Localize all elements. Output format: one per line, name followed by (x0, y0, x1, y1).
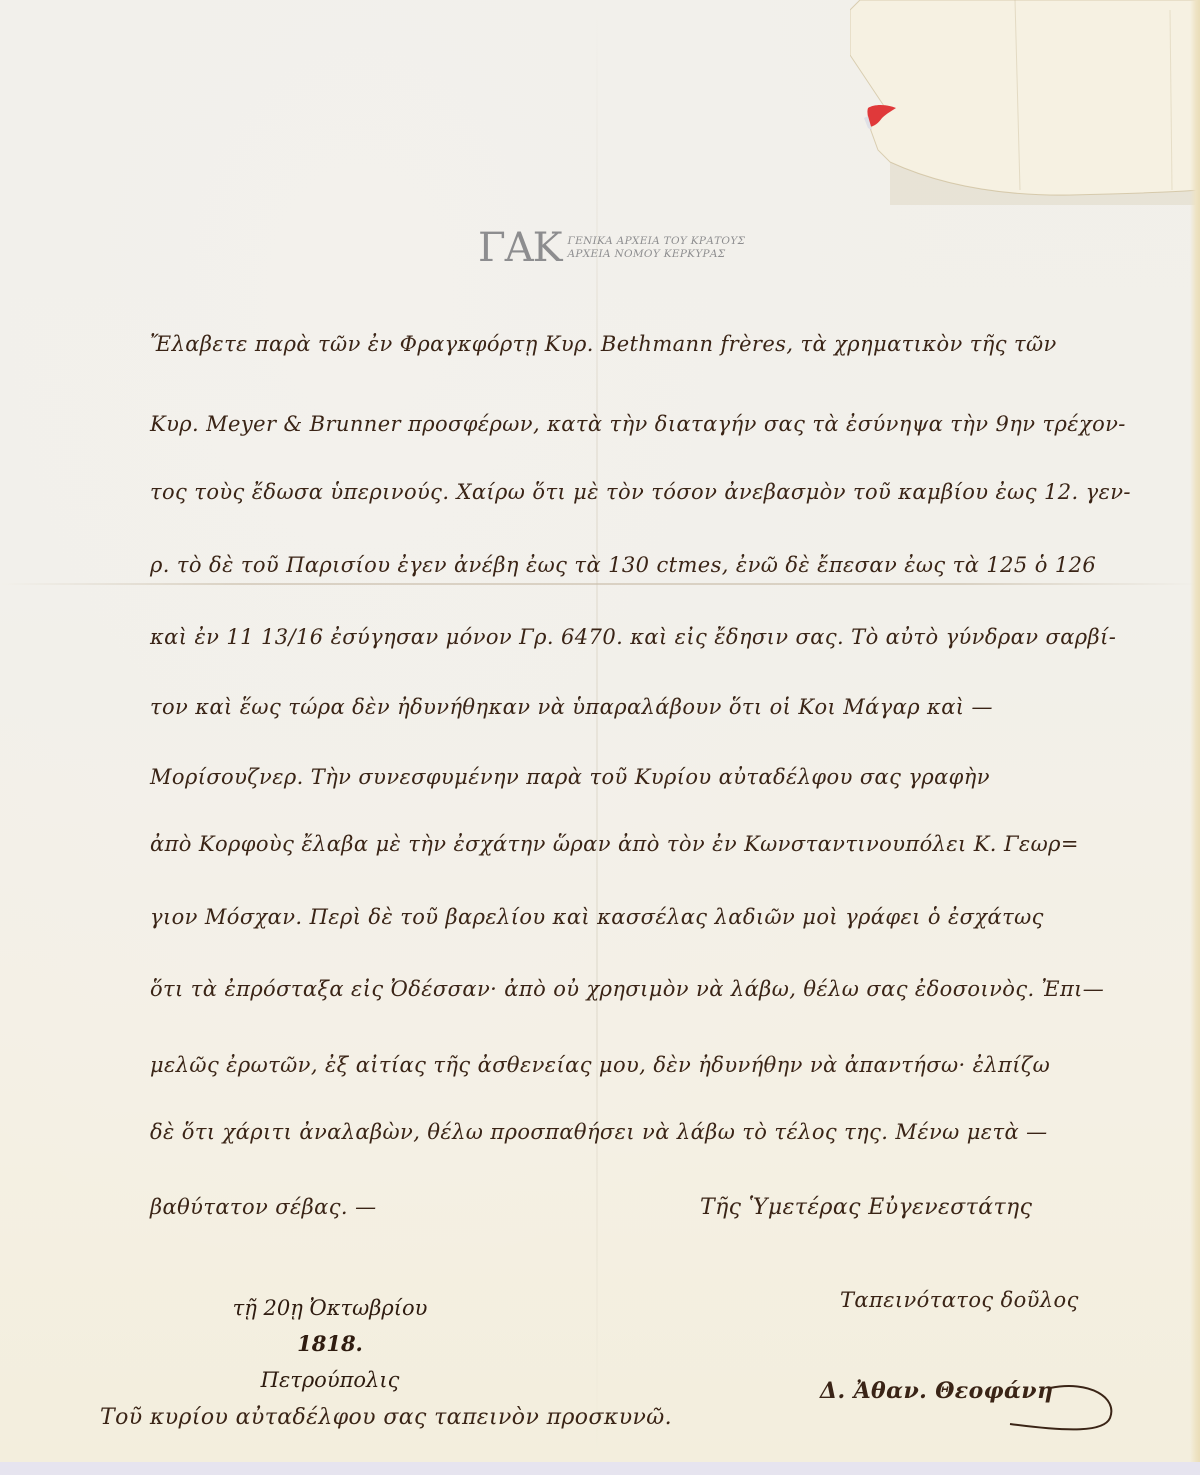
body-line: γιον Μόσχαν. Περὶ δὲ τοῦ βαρελίου καὶ κα… (150, 905, 1044, 929)
scan-bottom-strip (0, 1462, 1200, 1475)
closing-line-2: Ταπεινότατος δοῦλος (840, 1288, 1079, 1312)
paper-right-edge (1190, 0, 1200, 1462)
body-line: Κυρ. Meyer & Brunner προσφέρων, κατὰ τὴν… (150, 412, 1126, 436)
vertical-fold-crease (596, 0, 598, 1462)
body-line: ἀπὸ Κορφοὺς ἔλαβα μὲ τὴν ἐσχάτην ὥραν ἀπ… (150, 832, 1079, 856)
watermark-line-1: ΓΕΝΙΚΑ ΑΡΧΕΙΑ ΤΟΥ ΚΡΑΤΟΥΣ (568, 235, 746, 248)
body-line: Ἔλαβετε παρὰ τῶν ἐν Φραγκφόρτῃ Κυρ. Beth… (150, 332, 1057, 356)
signature-flourish (990, 1380, 1125, 1440)
red-wax-seal-remnant (862, 102, 900, 132)
body-line: ρ. τὸ δὲ τοῦ Παρισίου ἐγεν ἀνέβη ἐως τὰ … (150, 553, 1096, 577)
watermark-line-2: ΑΡΧΕΙΑ ΝΟΜΟΥ ΚΕΡΚΥΡΑΣ (568, 248, 746, 261)
letter-page: ΓΑΚ ΓΕΝΙΚΑ ΑΡΧΕΙΑ ΤΟΥ ΚΡΑΤΟΥΣ ΑΡΧΕΙΑ ΝΟΜ… (0, 0, 1200, 1462)
torn-paper-flap (850, 0, 1200, 205)
horizontal-fold-crease (0, 583, 1200, 585)
archive-logo: ΓΑΚ (478, 228, 562, 268)
body-line: βαθύτατον σέβας. — (150, 1195, 376, 1219)
date-year: 1818. (200, 1326, 460, 1362)
body-line: ὅτι τὰ ἐπρόσταξα εἰς Ὀδέσσαν· ἀπὸ οὐ χρη… (150, 977, 1104, 1001)
closing-line-1: Τῆς Ὑμετέρας Εὐγενεστάτης (700, 1195, 1032, 1220)
body-line: τον καὶ ἕως τώρα δὲν ἠδυνήθηκαν νὰ ὑπαρα… (150, 695, 993, 719)
date-day-month: τῇ 20ῃ Ὀκτωβρίου (200, 1290, 460, 1326)
date-block: τῇ 20ῃ Ὀκτωβρίου 1818. Πετρούπολις (200, 1290, 460, 1398)
postscript-line: Τοῦ κυρίου αὐταδέλφου σας ταπεινὸν προσκ… (100, 1405, 672, 1430)
body-line: μελῶς ἐρωτῶν, ἐξ αἰτίας τῆς ἀσθενείας μο… (150, 1053, 1050, 1077)
body-line: δὲ ὅτι χάριτι ἀναλαβὼν, θέλω προσπαθήσει… (150, 1120, 1048, 1144)
date-place: Πετρούπολις (200, 1362, 460, 1398)
archive-watermark: ΓΑΚ ΓΕΝΙΚΑ ΑΡΧΕΙΑ ΤΟΥ ΚΡΑΤΟΥΣ ΑΡΧΕΙΑ ΝΟΜ… (478, 228, 745, 268)
body-line: καὶ ἐν 11 13/16 ἐσύγησαν μόνον Γρ. 6470.… (150, 625, 1116, 649)
body-line: τος τοὺς ἔδωσα ὑπερινούς. Χαίρω ὅτι μὲ τ… (150, 480, 1131, 504)
body-line: Μορίσουζνερ. Τὴν συνεσφυμένην παρὰ τοῦ Κ… (150, 765, 990, 789)
